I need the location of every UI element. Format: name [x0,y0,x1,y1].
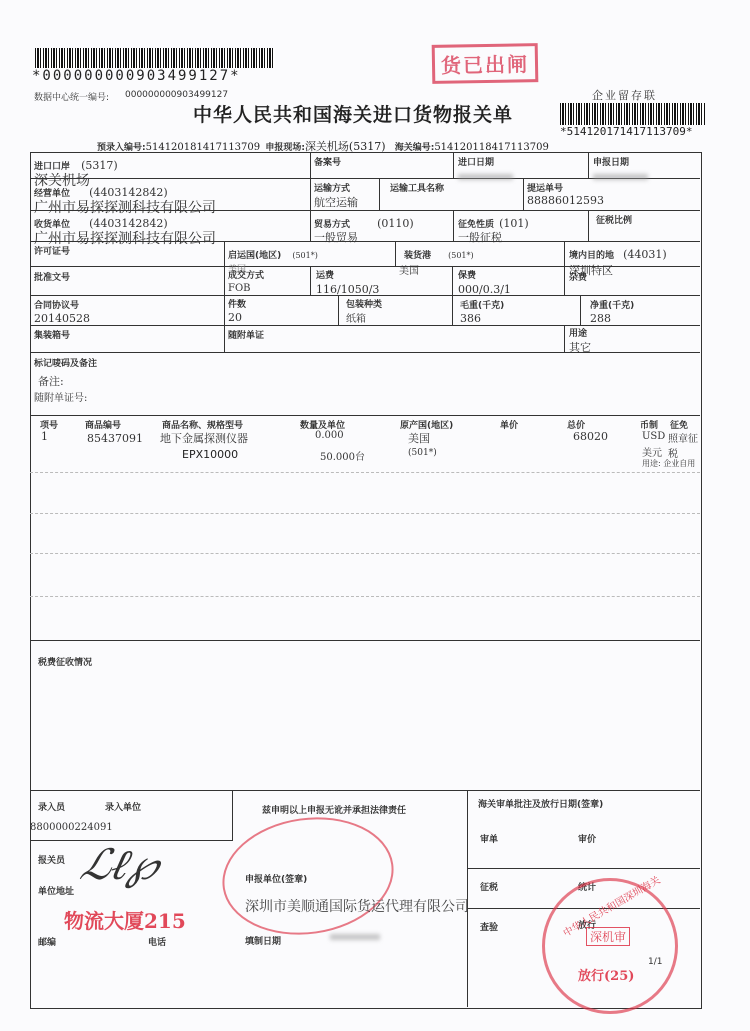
page-title: 中华人民共和国海关进口货物报关单 [193,100,513,127]
field-package-type: 包装种类 纸箱 [346,297,382,325]
declare-date-redacted [593,174,648,180]
field-declare-date: 申报日期 [593,155,693,180]
declarant-label: 申报单位(签章) [245,872,307,885]
review-label: 审单 [480,832,498,845]
broker-signature: ℒℓ℘ [75,840,165,890]
fill-date-redacted [330,934,380,940]
field-usage: 用途 其它 [569,326,591,355]
customs-stamp-bottom: 放行(25) [578,965,634,984]
postcode-label: 邮编 [38,935,56,948]
field-misc-fee-label: 杂费 [569,270,587,283]
fill-date-label: 填制日期 [245,934,281,947]
table-row: 1 85437091 地下金属探测仪器 EPX10000 0.000 50.00… [30,430,700,470]
field-license-no-label: 许可证号 [34,244,70,257]
field-freight: 运费 116/1050/3 [316,268,379,296]
field-approval-no-label: 批准文号 [34,270,70,283]
address-stamp: 物流大厦215 [64,905,186,934]
copy-label: 企业留存联 [592,87,657,103]
barcode-right-text: *514120171417113709* [560,125,692,138]
barcode-left-text: *000000000903499127* [32,68,241,84]
field-record-no-label: 备案号 [314,155,341,168]
field-pieces: 件数 20 [228,297,246,324]
tax-section-label: 税费征收情况 [38,655,92,668]
field-contract-no: 合同协议号 20140528 [34,298,90,325]
field-insurance: 保费 000/0.3/1 [458,268,511,296]
goods-released-stamp: 货已出闸 [432,43,539,84]
field-import-date: 进口日期 [458,155,578,180]
barcode-right [560,103,705,125]
unit-address-label: 单位地址 [38,884,74,897]
data-center-label: 数据中心统一编号: [34,90,109,103]
inspect-label: 查验 [480,920,498,933]
phone-label: 电话 [148,935,166,948]
pricing-label: 审价 [578,832,596,845]
customs-stamp-mid: 深机审 [586,927,630,946]
field-attached-docs-label: 随附单证 [228,328,264,341]
field-levy-ratio-label: 征税比例 [596,213,632,226]
customs-approval-label: 海关审单批注及放行日期(签章) [478,797,603,810]
field-trade-mode: 贸易方式 (0110) 一般贸易 [314,212,449,245]
broker-label: 报关员 [38,853,65,866]
field-bill-no: 提运单号 88886012593 [527,181,604,207]
field-transport-name-label: 运输工具名称 [390,181,444,194]
field-marks: 标记唛码及备注 备注: 随附单证号: [34,356,97,404]
data-center-value: 000000000903499127 [125,90,228,100]
field-net-weight: 净重(千克) 288 [590,298,634,325]
tax-label: 征税 [480,880,498,893]
entry-value: 8800000224091 [30,822,113,833]
barcode-left [35,48,275,68]
entry-clerk-label: 录入员 [38,800,65,813]
page-number: 1/1 [648,957,662,967]
field-levy-nature: 征免性质 (101) 一般征税 [458,212,529,245]
field-deal-mode: 成交方式 FOB [228,268,264,294]
field-consignee: 收货单位 (4403142842) 广州市易探探测科技有限公司 [34,212,216,248]
field-gross-weight: 毛重(千克) 386 [460,298,504,325]
goods-header: 项号 商品编号 商品名称、规格型号 数量及单位 原产国(地区) 单价 总价 币制… [30,418,700,430]
declarant-value: 深圳市美顺通国际货运代理有限公司 [245,896,469,916]
declaration-text: 兹申明以上申报无讹并承担法律责任 [262,803,406,816]
entry-unit-label: 录入单位 [105,800,141,813]
field-container-no-label: 集装箱号 [34,328,70,341]
import-date-redacted [458,174,513,180]
field-transport-mode: 运输方式 航空运输 [314,181,358,210]
